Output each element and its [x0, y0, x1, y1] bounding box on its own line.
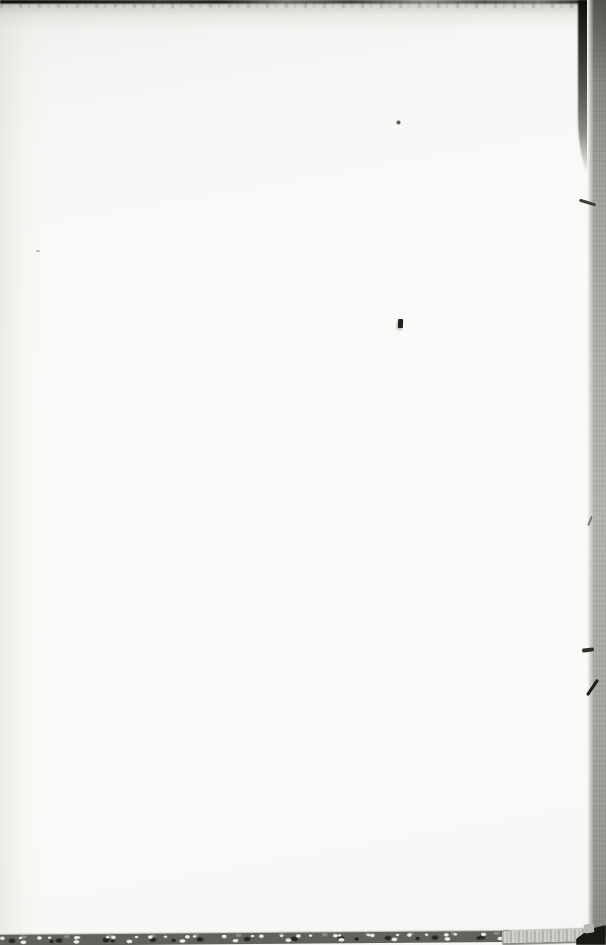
- left-scan-shading: [0, 0, 46, 945]
- marbled-endpaper-strip: [0, 931, 510, 945]
- bottom-right-page-corner: [583, 923, 594, 933]
- right-page-edge-band: [587, 0, 606, 937]
- ink-speck-faint-left: [36, 250, 40, 252]
- ink-speck-upper: [396, 120, 401, 125]
- ink-speck-middle: [398, 319, 403, 328]
- top-scan-shading: [0, 3, 606, 29]
- scanned-page: [0, 0, 606, 945]
